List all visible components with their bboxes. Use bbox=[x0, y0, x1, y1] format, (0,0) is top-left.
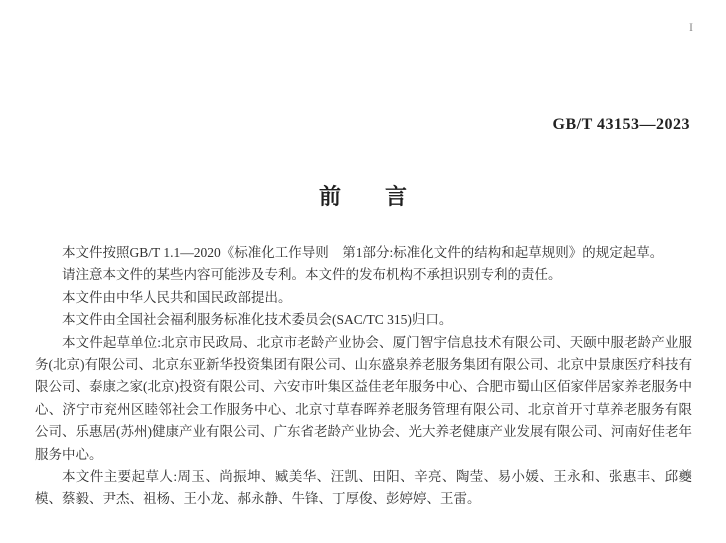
document-page: I GB/T 43153—2023 前 言 本文件按照GB/T 1.1—2020… bbox=[0, 0, 726, 543]
paragraph-drafting-rules: 本文件按照GB/T 1.1—2020《标准化工作导则 第1部分:标准化文件的结构… bbox=[35, 242, 692, 264]
paragraph-drafting-organizations: 本文件起草单位:北京市民政局、北京市老龄产业协会、厦门智宇信息技术有限公司、天颐… bbox=[35, 332, 692, 466]
paragraph-centralized-by: 本文件由全国社会福利服务标准化技术委员会(SAC/TC 315)归口。 bbox=[35, 309, 692, 331]
paragraph-patent-notice: 请注意本文件的某些内容可能涉及专利。本文件的发布机构不承担识别专利的责任。 bbox=[35, 264, 692, 286]
page-title: 前 言 bbox=[0, 180, 726, 211]
standard-code: GB/T 43153—2023 bbox=[553, 116, 690, 134]
body-text: 本文件按照GB/T 1.1—2020《标准化工作导则 第1部分:标准化文件的结构… bbox=[35, 242, 692, 511]
page-number: I bbox=[689, 20, 693, 35]
paragraph-proposed-by: 本文件由中华人民共和国民政部提出。 bbox=[35, 287, 692, 309]
paragraph-main-drafters: 本文件主要起草人:周玉、尚振坤、臧美华、汪凯、田阳、辛亮、陶莹、易小媛、王永和、… bbox=[35, 466, 692, 511]
